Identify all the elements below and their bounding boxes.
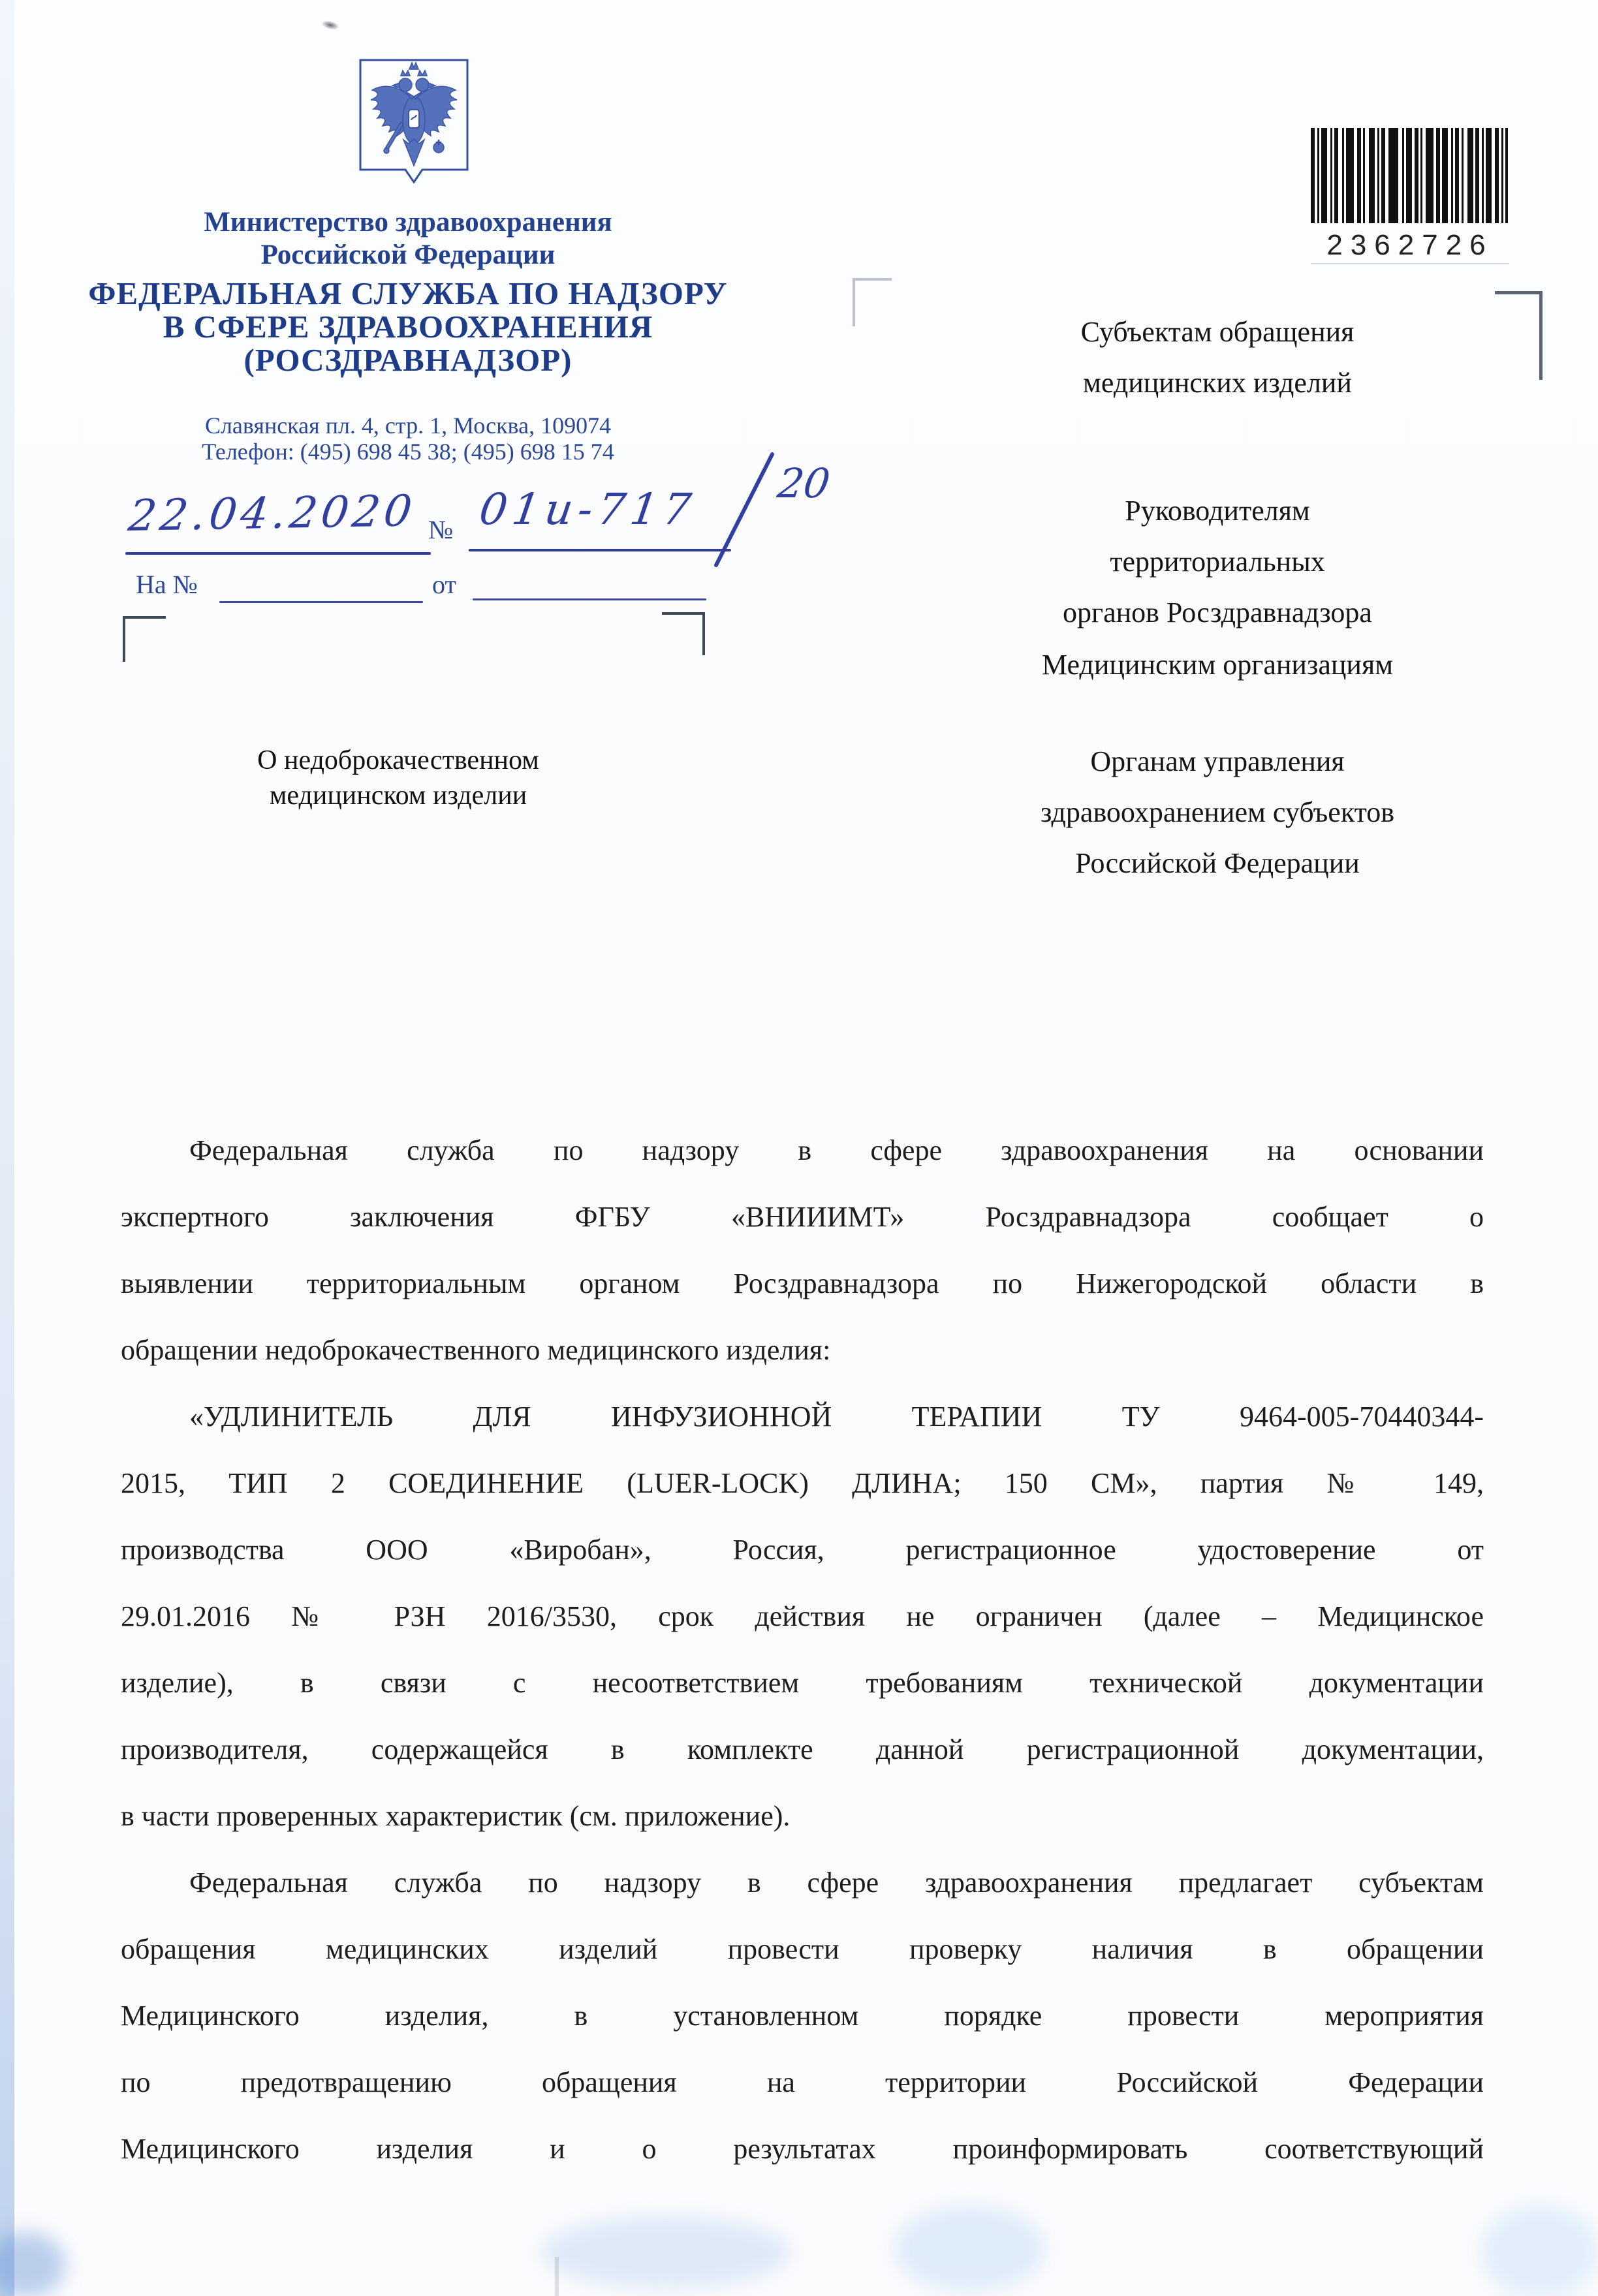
barcode-number: 2362726 xyxy=(1311,229,1509,262)
corner-mark xyxy=(1539,291,1543,380)
corner-mark xyxy=(123,616,125,662)
corner-mark xyxy=(123,616,166,619)
letter-body: Федеральная служба по надзору в сфере зд… xyxy=(121,1117,1484,2182)
recipient-line: территориальных xyxy=(907,536,1527,587)
recipient-group: Субъектам обращения медицинских изделий xyxy=(907,307,1527,409)
body-line: «УДЛИНИТЕЛЬ ДЛЯ ИНФУЗИОННОЙ ТЕРАПИИ ТУ 9… xyxy=(121,1384,1484,1450)
corner-mark xyxy=(702,612,705,655)
reply-to-number-label: На № xyxy=(136,569,198,600)
reply-from-label: от xyxy=(432,569,456,600)
postal-address: Славянская пл. 4, стр. 1, Москва, 109074 xyxy=(131,412,685,439)
recipient-line: медицинских изделий xyxy=(907,358,1527,409)
recipient-group: Руководителям территориальных органов Ро… xyxy=(907,486,1527,638)
service-line: В СФЕРЕ ЗДРАВООХРАНЕНИЯ xyxy=(85,310,731,343)
number-underline xyxy=(469,549,731,551)
body-line: Федеральная служба по надзору в сфере зд… xyxy=(121,1117,1484,1184)
scan-blue-blotch xyxy=(0,2232,65,2296)
body-line: 2015, ТИП 2 СОЕДИНЕНИЕ (LUER-LOCK) ДЛИНА… xyxy=(121,1450,1484,1517)
body-line: по предотвращению обращения на территори… xyxy=(121,2049,1484,2116)
service-name: ФЕДЕРАЛЬНАЯ СЛУЖБА ПО НАДЗОРУ В СФЕРЕ ЗД… xyxy=(85,277,731,377)
body-line: Медицинского изделия, в установленном по… xyxy=(121,1983,1484,2049)
corner-mark xyxy=(853,278,892,281)
scan-edge-artifact xyxy=(0,0,14,2296)
ink-smudge xyxy=(321,19,340,31)
subject-line: О недоброкачественном xyxy=(202,743,594,778)
service-line: (РОСЗДРАВНАДЗОР) xyxy=(85,343,731,377)
ministry-name: Министерство здравоохранения Российской … xyxy=(98,206,718,271)
recipient-line: здравоохранением субъектов xyxy=(907,787,1527,838)
body-line: обращения медицинских изделий провести п… xyxy=(121,1916,1484,1983)
scan-blue-blotch xyxy=(1482,2206,1598,2296)
reply-date-blank-underline xyxy=(473,598,706,600)
ministry-line: Российской Федерации xyxy=(98,239,718,271)
number-sign-label: № xyxy=(428,514,453,545)
handwritten-slash xyxy=(708,449,780,570)
handwritten-date: 22.04.2020 xyxy=(126,486,418,541)
recipient-line: Российской Федерации xyxy=(907,838,1527,889)
recipients-block: Субъектам обращения медицинских изделий … xyxy=(907,307,1527,889)
barcode-underline xyxy=(1311,263,1509,264)
scan-blue-blotch xyxy=(542,2216,790,2288)
phone-numbers: Телефон: (495) 698 45 38; (495) 698 15 7… xyxy=(131,439,685,465)
handwritten-number-suffix: 20 xyxy=(775,459,833,507)
body-line: выявлении территориальным органом Росздр… xyxy=(121,1250,1484,1317)
ministry-line: Министерство здравоохранения xyxy=(98,206,718,239)
recipient-line: Медицинским организациям xyxy=(907,640,1527,690)
scan-blue-blotch xyxy=(894,2206,1044,2291)
recipient-line: Субъектам обращения xyxy=(907,307,1527,358)
body-line: обращении недоброкачественного медицинск… xyxy=(121,1317,1484,1384)
scan-scratch xyxy=(555,2257,559,2296)
body-line: 29.01.2016 № РЗН 2016/3530, срок действи… xyxy=(121,1583,1484,1650)
barcode-bars xyxy=(1311,128,1508,223)
subject-line: медицинском изделии xyxy=(202,778,594,813)
letterhead-contacts: Славянская пл. 4, стр. 1, Москва, 109074… xyxy=(131,412,685,465)
russia-coat-of-arms-icon xyxy=(358,57,470,193)
handwritten-outgoing-number: 01и-717 xyxy=(477,484,700,535)
body-line: производства ООО «Виробан», Россия, реги… xyxy=(121,1517,1484,1583)
body-line: экспертного заключения ФГБУ «ВНИИИМТ» Ро… xyxy=(121,1184,1484,1250)
corner-mark xyxy=(1495,291,1543,294)
corner-mark xyxy=(853,278,855,326)
body-line: в части проверенных характеристик (см. п… xyxy=(121,1783,1484,1850)
recipient-line: Органам управления xyxy=(907,736,1527,787)
recipient-group: Медицинским организациям xyxy=(907,640,1527,690)
corner-mark xyxy=(662,612,705,615)
body-line: Федеральная служба по надзору в сфере зд… xyxy=(121,1850,1484,1916)
recipient-group: Органам управления здравоохранением субъ… xyxy=(907,736,1527,889)
body-line: производителя, содержащейся в комплекте … xyxy=(121,1716,1484,1783)
subject-block: О недоброкачественном медицинском издели… xyxy=(202,743,594,813)
registration-barcode: 2362726 xyxy=(1311,128,1509,264)
date-underline xyxy=(125,552,431,555)
reply-number-blank-underline xyxy=(219,601,423,603)
body-line: изделие), в связи с несоответствием треб… xyxy=(121,1650,1484,1716)
body-line: Медицинского изделия и о результатах про… xyxy=(121,2116,1484,2182)
scanned-letter-page: Министерство здравоохранения Российской … xyxy=(0,0,1598,2296)
service-line: ФЕДЕРАЛЬНАЯ СЛУЖБА ПО НАДЗОРУ xyxy=(85,277,731,310)
recipient-line: Руководителям xyxy=(907,486,1527,536)
recipient-line: органов Росздравнадзора xyxy=(907,587,1527,638)
